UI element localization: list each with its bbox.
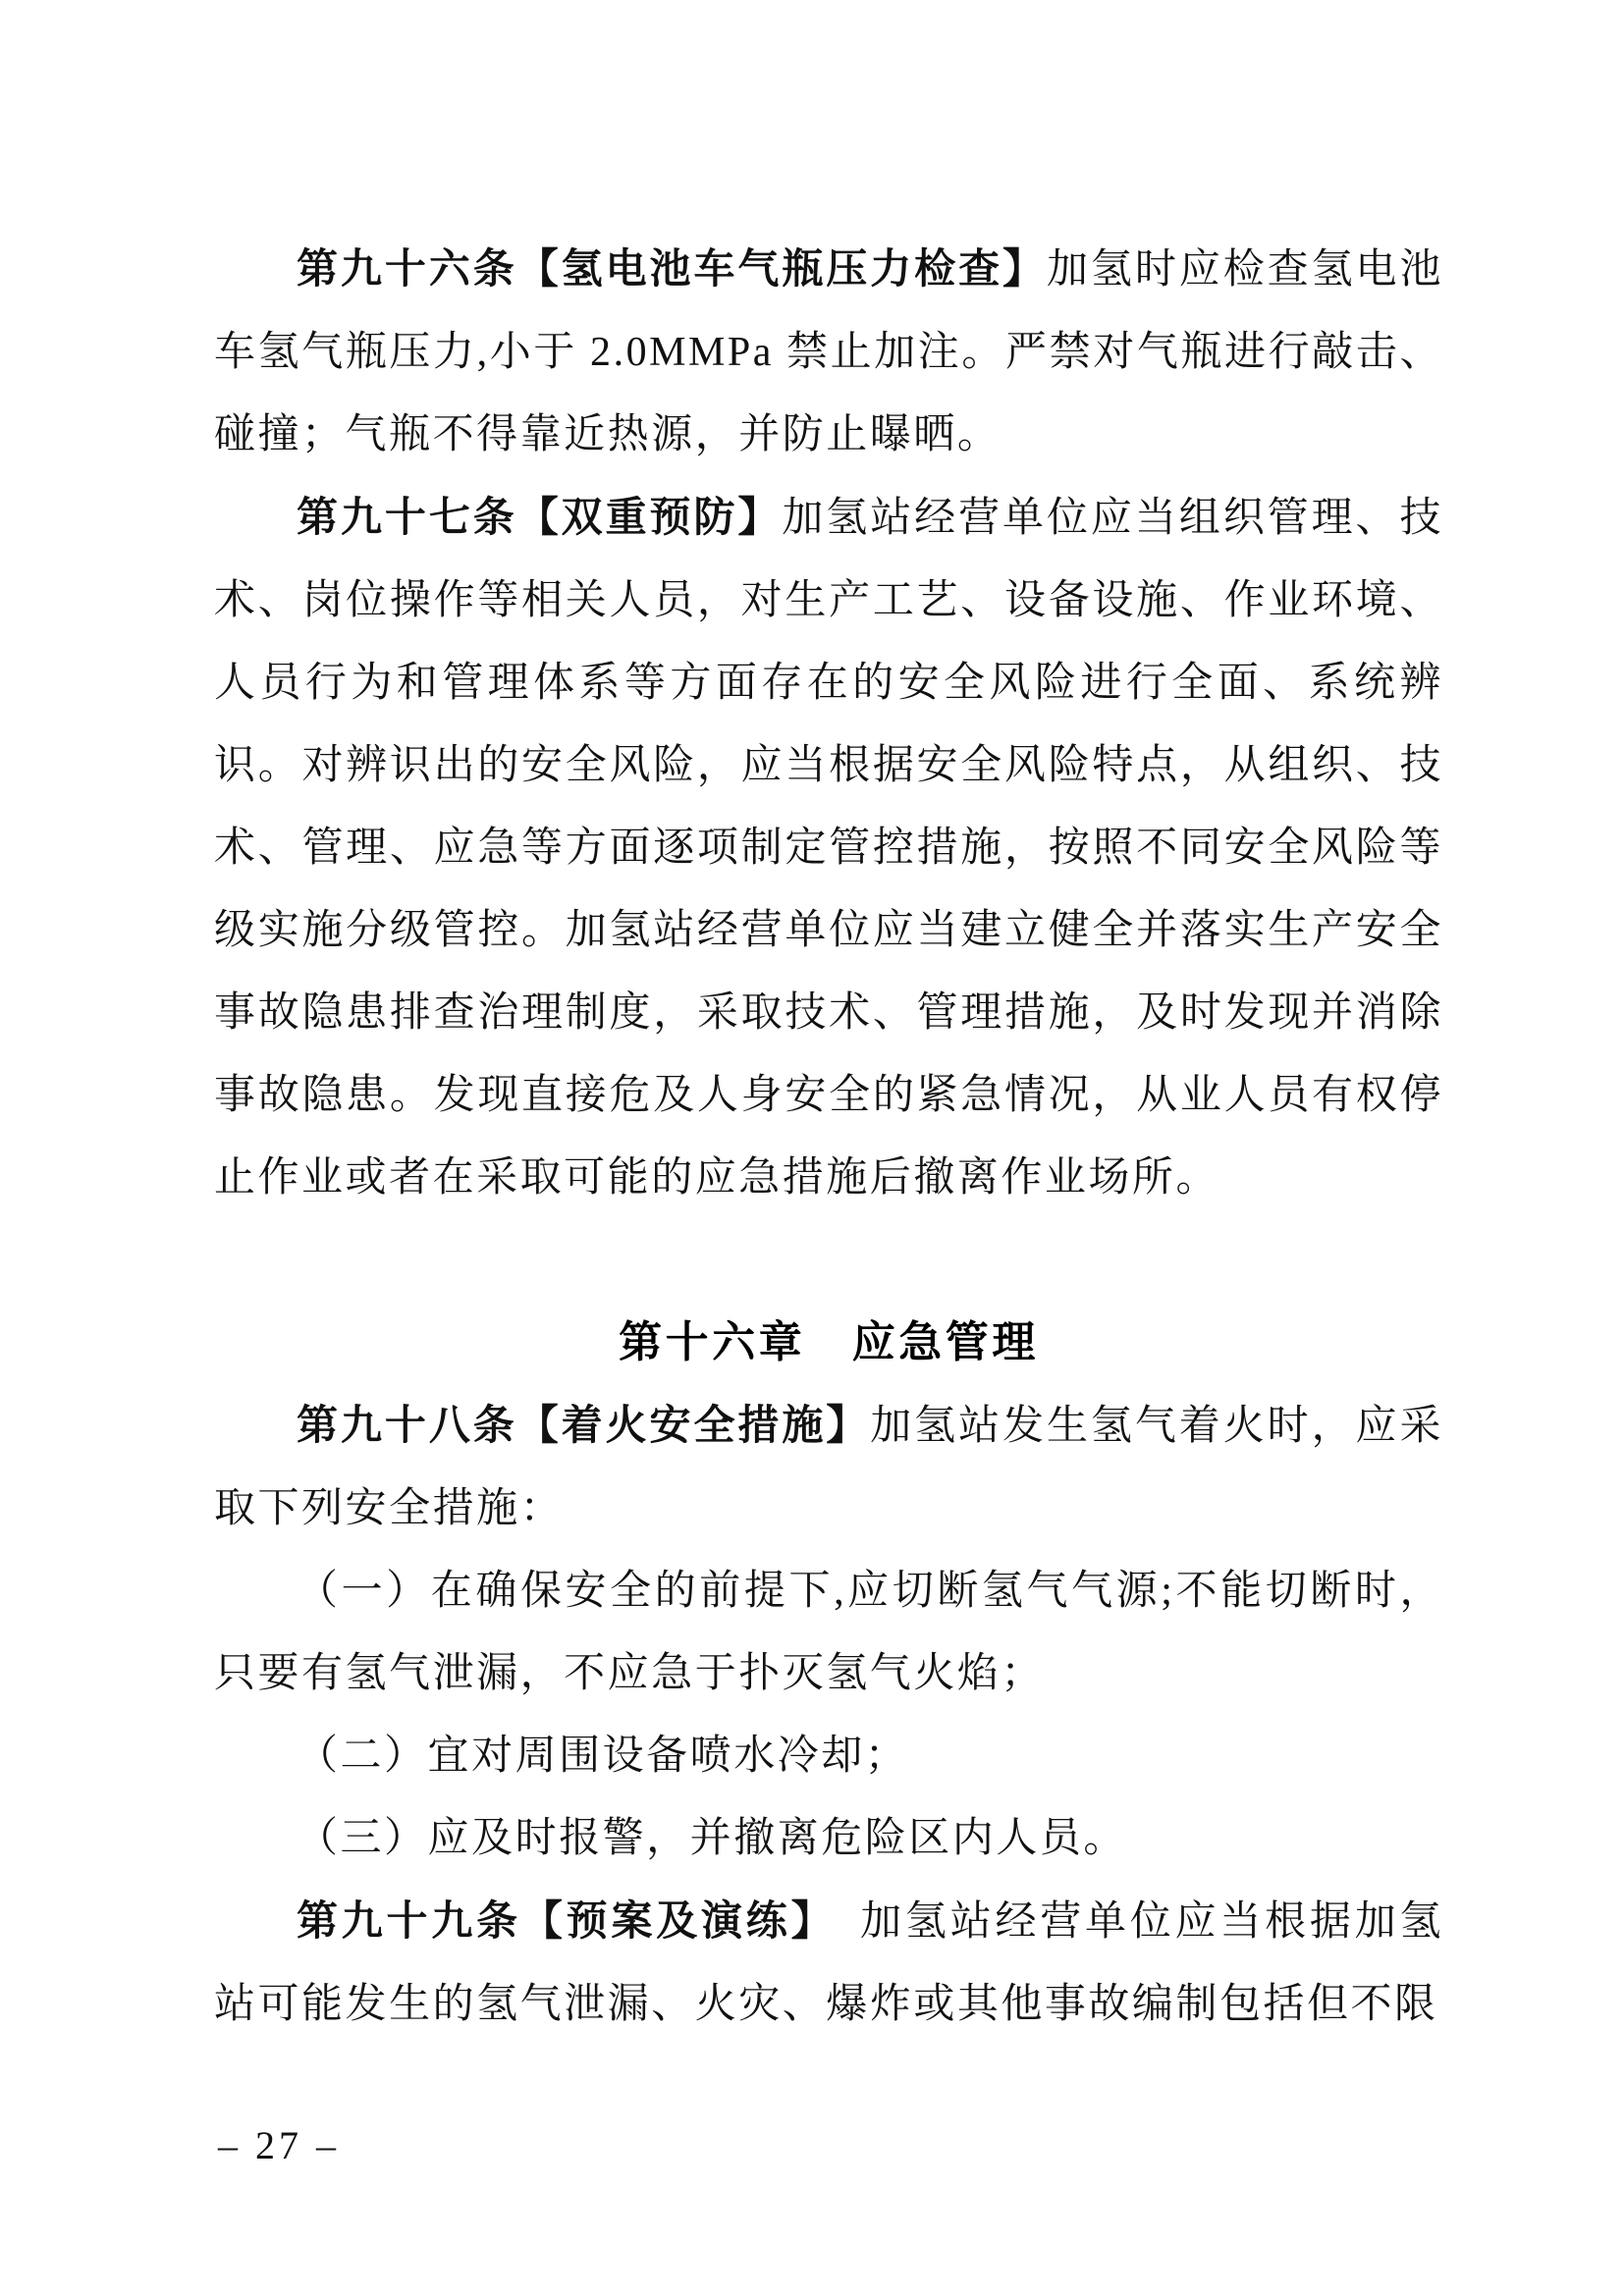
list-item-2: （二）宜对周围设备喷水冷却； [214, 1715, 1443, 1797]
article-98-paragraph: 第九十八条【着火安全措施】加氢站发生氢气着火时，应采取下列安全措施： [214, 1384, 1443, 1550]
article-99-heading: 第九十九条【预案及演练】 [297, 1897, 815, 1944]
article-98-heading: 第九十八条【着火安全措施】 [297, 1402, 870, 1448]
article-99-paragraph: 第九十九条【预案及演练】 加氢站经营单位应当根据加氢站可能发生的氢气泄漏、火灾、… [214, 1880, 1443, 2046]
article-96-paragraph: 第九十六条【氢电池车气瓶压力检查】加氢时应检查氢电池车氢气瓶压力,小于 2.0M… [214, 228, 1443, 476]
article-97-paragraph: 第九十七条【双重预防】加氢站经营单位应当组织管理、技术、岗位操作等相关人员，对生… [214, 476, 1443, 1219]
document-page: 第九十六条【氢电池车气瓶压力检查】加氢时应检查氢电池车氢气瓶压力,小于 2.0M… [0, 0, 1624, 2296]
article-97-body: 加氢站经营单位应当组织管理、技术、岗位操作等相关人员，对生产工艺、设备设施、作业… [214, 496, 1443, 1201]
page-number: – 27 – [218, 2122, 340, 2169]
document-content: 第九十六条【氢电池车气瓶压力检查】加氢时应检查氢电池车氢气瓶压力,小于 2.0M… [214, 228, 1443, 2046]
article-96-heading: 第九十六条【氢电池车气瓶压力检查】 [297, 245, 1047, 292]
list-item-1: （一）在确保安全的前提下,应切断氢气气源;不能切断时，只要有氢气泄漏，不应急于扑… [214, 1550, 1443, 1715]
article-97-heading: 第九十七条【双重预防】 [297, 494, 782, 540]
chapter-heading: 第十六章 应急管理 [214, 1302, 1443, 1384]
list-item-3: （三）应及时报警，并撤离危险区内人员。 [214, 1797, 1443, 1880]
